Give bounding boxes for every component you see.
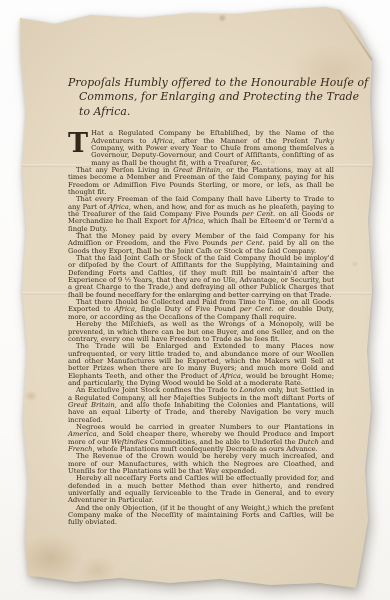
body-paragraph: That every Freeman of the ſaid Company ſ… — [68, 196, 334, 233]
drop-cap-letter: T — [68, 130, 91, 160]
text-run: Company, with Power every Year to Chuſe … — [91, 144, 334, 167]
body-paragraph: And the only Objection, (if it be though… — [68, 505, 334, 527]
title-line-2: Commons, for Enlarging and Protecting th… — [68, 90, 334, 104]
text-run: and — [319, 438, 334, 446]
document-title: Propoſals Humbly offered to the Honourab… — [68, 76, 334, 119]
corner-fold-crease — [337, 8, 375, 64]
text-run: Hereby all neceſſary Forts and Caſtles w… — [68, 474, 334, 504]
body-paragraph: That any Perſon Living in Great Britain,… — [68, 167, 334, 196]
title-line-1: Propoſals Humbly offered to the Honourab… — [68, 76, 334, 90]
scan-background: Propoſals Humbly offered to the Honourab… — [0, 0, 390, 600]
body-paragraph: That there ſhould be Collected and Paid … — [68, 299, 334, 321]
italic-run: Africa — [183, 217, 204, 225]
document-body: THat a Regulated Company be Eſtabliſhed,… — [68, 130, 334, 527]
body-paragraph: Hereby all neceſſary Forts and Caſtles w… — [68, 475, 334, 504]
text-run: And the only Objection, (if it be though… — [68, 504, 334, 527]
title-line-3: to Africa. — [68, 105, 334, 119]
body-paragraph: Hereby the Miſchiefs, as well as the Wro… — [68, 321, 334, 343]
body-paragraph: The Revenue of the Crown would be hereby… — [68, 453, 334, 475]
text-run: The Revenue of the Crown would be hereby… — [68, 452, 334, 475]
body-paragraph: THat a Regulated Company be Eſtabliſhed,… — [68, 130, 334, 167]
body-paragraph: The Trade will be Enlarged and Extended … — [68, 343, 334, 387]
document-text-block: Propoſals Humbly offered to the Honourab… — [68, 76, 334, 527]
body-paragraph: An Excluſive Joint Stock confines the Tr… — [68, 387, 334, 424]
paper-sheet: Propoſals Humbly offered to the Honourab… — [0, 0, 390, 600]
body-paragraph: Negroes would be carried in greater Numb… — [68, 424, 334, 453]
text-run: Hereby the Miſchiefs, as well as the Wro… — [68, 320, 334, 343]
body-paragraph: That the Money paid by every Member of t… — [68, 233, 334, 255]
paper-shadow-wrap: Propoſals Humbly offered to the Honourab… — [0, 0, 390, 600]
body-paragraph: That the ſaid Joint Caſh or Stock of the… — [68, 255, 334, 299]
text-run: That the ſaid Joint Caſh or Stock of the… — [68, 254, 334, 299]
